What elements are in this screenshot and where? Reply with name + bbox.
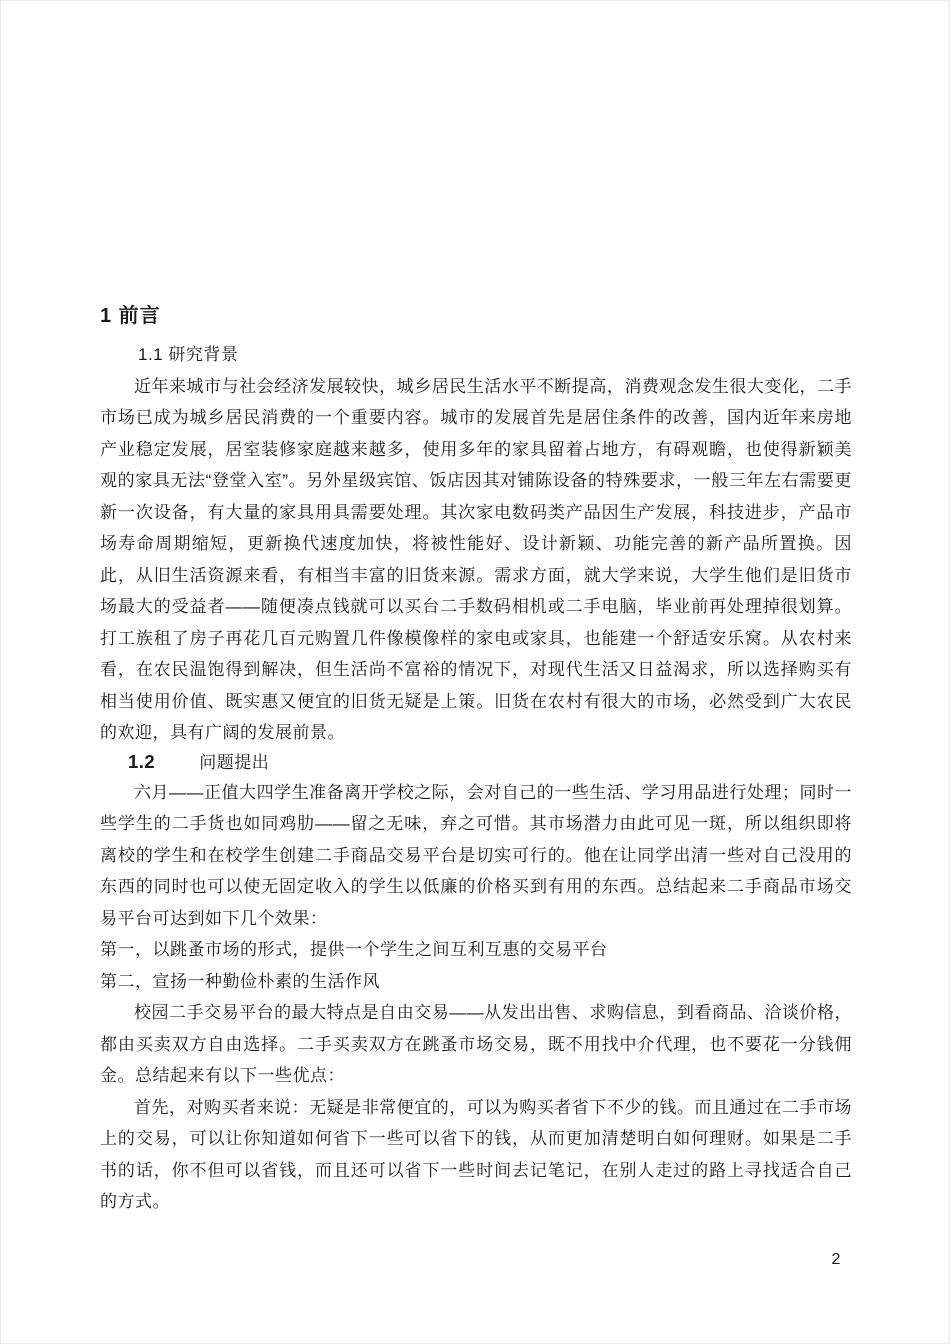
list-point-2: 第二，宣扬一种勤俭朴素的生活作风 [100,966,852,998]
document-page: 1 前言 1.1 研究背景 近年来城市与社会经济发展较快，城乡居民生活水平不断提… [0,0,950,1344]
paragraph-research-background: 近年来城市与社会经济发展较快，城乡居民生活水平不断提高，消费观念发生很大变化，二… [100,371,852,749]
page-number: 2 [821,1251,851,1269]
paragraph-free-trade: 校园二手交易平台的最大特点是自由交易——从发出出售、求购信息，到看商品、洽谈价格… [100,997,852,1092]
heading-foreword: 1 前言 [100,301,852,331]
heading-problem-statement-number: 1.2 [128,749,155,775]
heading-research-background: 1.1 研究背景 [100,339,852,371]
paragraph-problem-intro: 六月——正值大四学生准备离开学校之际，会对自己的一些生活、学习用品进行处理；同时… [100,777,852,935]
heading-problem-statement-title: 问题提出 [199,753,269,772]
paragraph-buyer-benefits: 首先，对购买者来说：无疑是非常便宜的，可以为购买者省下不少的钱。而且通过在二手市… [100,1092,852,1218]
list-point-1: 第一，以跳蚤市场的形式，提供一个学生之间互利互惠的交易平台 [100,934,852,966]
heading-problem-statement: 1.2问题提出 [100,749,852,777]
document-content: 1 前言 1.1 研究背景 近年来城市与社会经济发展较快，城乡居民生活水平不断提… [100,301,852,1218]
